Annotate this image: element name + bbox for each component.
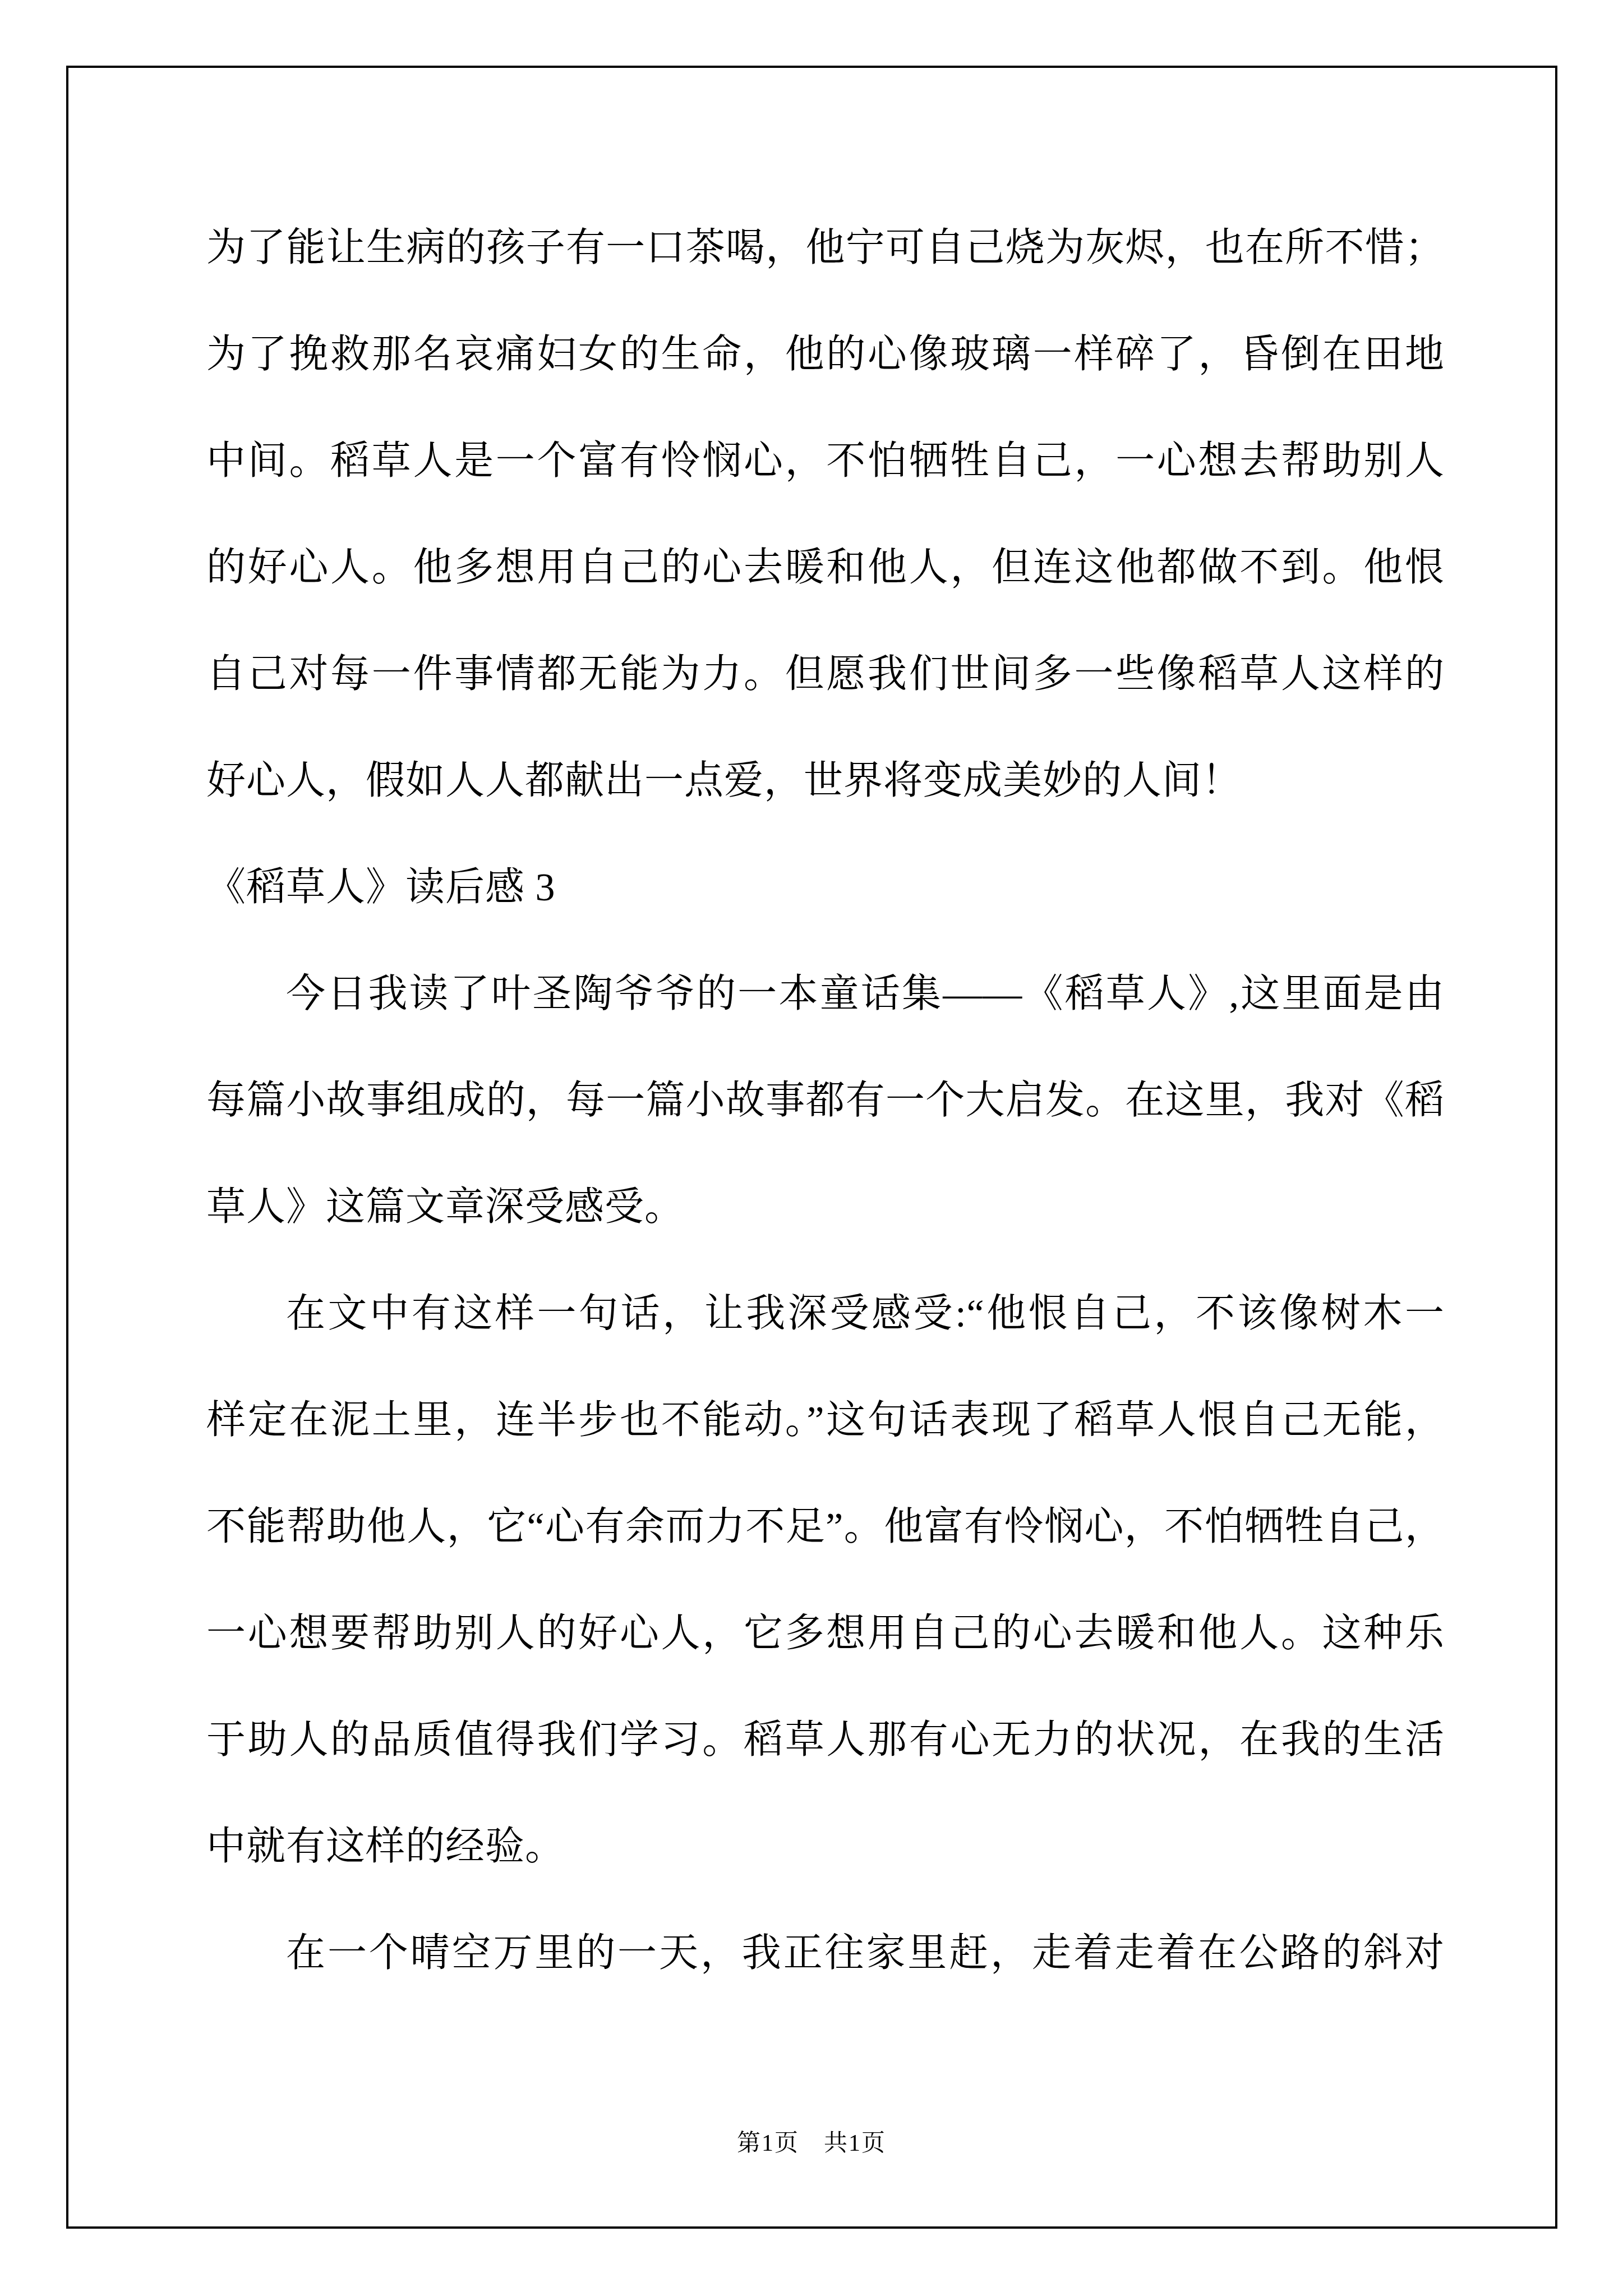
text-line-13: 不能帮助他人，它“心有余而力不足”。他富有怜悯心，不怕牺牲自己， [206,1474,1445,1581]
text-line-6: 好心人，假如人人都献出一点爱，世界将变成美妙的人间！ [206,728,1445,835]
text-line-9: 每篇小故事组成的，每一篇小故事都有一个大启发。在这里，我对《稻 [206,1048,1445,1154]
text-line-11: 在文中有这样一句话，让我深受感受:“他恨自己，不该像树木一 [206,1261,1445,1368]
text-line-10: 草人》这篇文章深受感受。 [206,1154,1445,1261]
text-line-1: 为了能让生病的孩子有一口茶喝，他宁可自己烧为灰烬，也在所不惜； [206,195,1445,302]
text-line-5: 自己对每一件事情都无能为力。但愿我们世间多一些像稻草人这样的 [206,622,1445,728]
text-line-3: 中间。稻草人是一个富有怜悯心，不怕牺牲自己，一心想去帮助别人 [206,408,1445,515]
text-line-7: 《稻草人》读后感 3 [206,835,1445,941]
text-line-2: 为了挽救那名哀痛妇女的生命，他的心像玻璃一样碎了，昏倒在田地 [206,302,1445,408]
document-page: 为了能让生病的孩子有一口茶喝，他宁可自己烧为灰烬，也在所不惜；为了挽救那名哀痛妇… [0,0,1623,2296]
page-footer: 第1页 共1页 [0,2129,1623,2158]
text-line-12: 样定在泥土里，连半步也不能动。”这句话表现了稻草人恨自己无能， [206,1368,1445,1474]
text-line-16: 中就有这样的经验。 [206,1794,1445,1901]
document-body-text: 为了能让生病的孩子有一口茶喝，他宁可自己烧为灰烬，也在所不惜；为了挽救那名哀痛妇… [206,195,1445,2007]
text-line-15: 于助人的品质值得我们学习。稻草人那有心无力的状况，在我的生活 [206,1687,1445,1794]
text-line-8: 今日我读了叶圣陶爷爷的一本童话集——《稻草人》,这里面是由 [206,941,1445,1048]
text-line-4: 的好心人。他多想用自己的心去暖和他人，但连这他都做不到。他恨 [206,515,1445,622]
text-line-14: 一心想要帮助别人的好心人，它多想用自己的心去暖和他人。这种乐 [206,1581,1445,1687]
text-line-17: 在一个晴空万里的一天，我正往家里赶，走着走着在公路的斜对 [206,1901,1445,2007]
